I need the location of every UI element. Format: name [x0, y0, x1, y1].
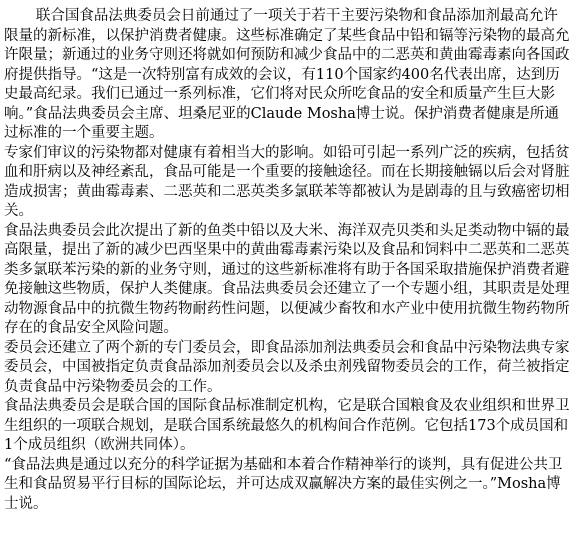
document-page: 联合国食品法典委员会日前通过了一项关于若干主要污染物和食品添加剂最高允许限量的新…: [0, 0, 574, 534]
document-body: 联合国食品法典委员会日前通过了一项关于若干主要污染物和食品添加剂最高允许限量的新…: [4, 7, 570, 514]
paragraph-closing-quote: “食品法典是通过以充分的科学证据为基础和本着合作精神举行的谈判，具有促进公共卫生…: [4, 456, 570, 515]
paragraph-codex-background: 食品法典委员会是联合国的国际食品标准制定机构，它是联合国粮食及农业组织和世界卫生…: [4, 397, 570, 456]
paragraph-new-limits: 食品法典委员会此次提出了新的鱼类中铅以及大米、海洋双壳贝类和头足类动物中镉的最高…: [4, 222, 570, 339]
paragraph-new-committees: 委员会还建立了两个新的专门委员会，即食品添加剂法典委员会和食品中污染物法典专家委…: [4, 339, 570, 398]
paragraph-contaminant-effects: 专家们审议的污染物都对健康有着相当大的影响。如铅可引起一系列广泛的疾病，包括贫血…: [4, 144, 570, 222]
paragraph-intro: 联合国食品法典委员会日前通过了一项关于若干主要污染物和食品添加剂最高允许限量的新…: [4, 7, 570, 144]
